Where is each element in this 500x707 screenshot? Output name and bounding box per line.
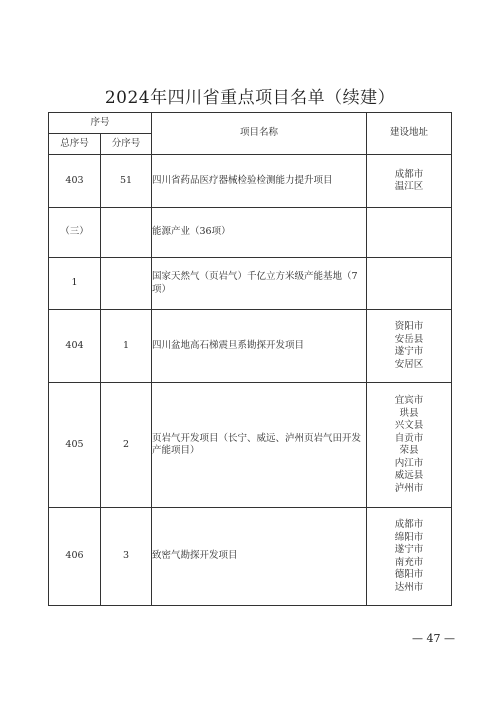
location-line: 达州市 xyxy=(367,582,451,595)
document-title: 2024年四川省重点项目名单（续建） xyxy=(0,83,500,108)
page-number: — 47 — xyxy=(412,632,455,645)
sub-seq-cell xyxy=(101,258,152,310)
location-cell: 宜宾市 珙县 兴文县 自贡市 荣县 内江市 威远县 泸州市 xyxy=(367,383,452,508)
location-line: 温江区 xyxy=(367,181,451,194)
sub-seq-cell xyxy=(101,208,152,258)
location-line: 安岳县 xyxy=(367,334,451,347)
location-line: 资阳市 xyxy=(367,321,451,334)
sub-seq-cell: 2 xyxy=(101,383,152,508)
location-line: 珙县 xyxy=(367,408,451,421)
location-line: 南充市 xyxy=(367,557,451,570)
location-line: 安居区 xyxy=(367,359,451,372)
sub-seq-cell: 1 xyxy=(101,310,152,383)
total-seq-cell: 1 xyxy=(49,258,101,310)
sub-seq-cell: 3 xyxy=(101,508,152,606)
table-row-section: （三） 能源产业（36项） xyxy=(49,208,452,258)
location-line: 德阳市 xyxy=(367,569,451,582)
header-total-seq: 总序号 xyxy=(49,134,101,155)
table-row: 406 3 致密气勘探开发项目 成都市 绵阳市 遂宁市 南充市 德阳市 达州市 xyxy=(49,508,452,606)
project-name-cell: 四川盆地高石梯震旦系勘探开发项目 xyxy=(152,310,367,383)
location-cell: 成都市 温江区 xyxy=(367,155,452,208)
table-row: 403 51 四川省药品医疗器械检验检测能力提升项目 成都市 温江区 xyxy=(49,155,452,208)
location-line: 遂宁市 xyxy=(367,346,451,359)
location-line: 遂宁市 xyxy=(367,544,451,557)
header-project-name: 项目名称 xyxy=(152,113,367,155)
project-name-cell: 能源产业（36项） xyxy=(152,208,367,258)
header-location: 建设地址 xyxy=(367,113,452,155)
sub-seq-cell: 51 xyxy=(101,155,152,208)
location-cell xyxy=(367,208,452,258)
location-line: 威远县 xyxy=(367,470,451,483)
project-name-cell: 页岩气开发项目（长宁、威远、泸州页岩气田开发产能项目） xyxy=(152,383,367,508)
location-line: 成都市 xyxy=(367,169,451,182)
project-table: 序号 项目名称 建设地址 总序号 分序号 403 51 四川省药品医疗器械检验检… xyxy=(48,112,452,606)
location-line: 宜宾市 xyxy=(367,395,451,408)
table-row: 405 2 页岩气开发项目（长宁、威远、泸州页岩气田开发产能项目） 宜宾市 珙县… xyxy=(49,383,452,508)
location-line: 自贡市 xyxy=(367,433,451,446)
location-line: 绵阳市 xyxy=(367,532,451,545)
header-seq-group: 序号 xyxy=(49,113,152,134)
location-line: 内江市 xyxy=(367,458,451,471)
location-line: 荣县 xyxy=(367,445,451,458)
project-name-cell: 国家天然气（页岩气）千亿立方米级产能基地（7项） xyxy=(152,258,367,310)
total-seq-cell: （三） xyxy=(49,208,101,258)
location-cell: 资阳市 安岳县 遂宁市 安居区 xyxy=(367,310,452,383)
location-line: 成都市 xyxy=(367,519,451,532)
header-sub-seq: 分序号 xyxy=(101,134,152,155)
total-seq-cell: 405 xyxy=(49,383,101,508)
table-row: 404 1 四川盆地高石梯震旦系勘探开发项目 资阳市 安岳县 遂宁市 安居区 xyxy=(49,310,452,383)
total-seq-cell: 406 xyxy=(49,508,101,606)
location-cell: 成都市 绵阳市 遂宁市 南充市 德阳市 达州市 xyxy=(367,508,452,606)
project-name-cell: 致密气勘探开发项目 xyxy=(152,508,367,606)
total-seq-cell: 403 xyxy=(49,155,101,208)
total-seq-cell: 404 xyxy=(49,310,101,383)
table-row-subsection: 1 国家天然气（页岩气）千亿立方米级产能基地（7项） xyxy=(49,258,452,310)
project-name-cell: 四川省药品医疗器械检验检测能力提升项目 xyxy=(152,155,367,208)
location-cell xyxy=(367,258,452,310)
location-line: 兴文县 xyxy=(367,420,451,433)
location-line: 泸州市 xyxy=(367,483,451,496)
